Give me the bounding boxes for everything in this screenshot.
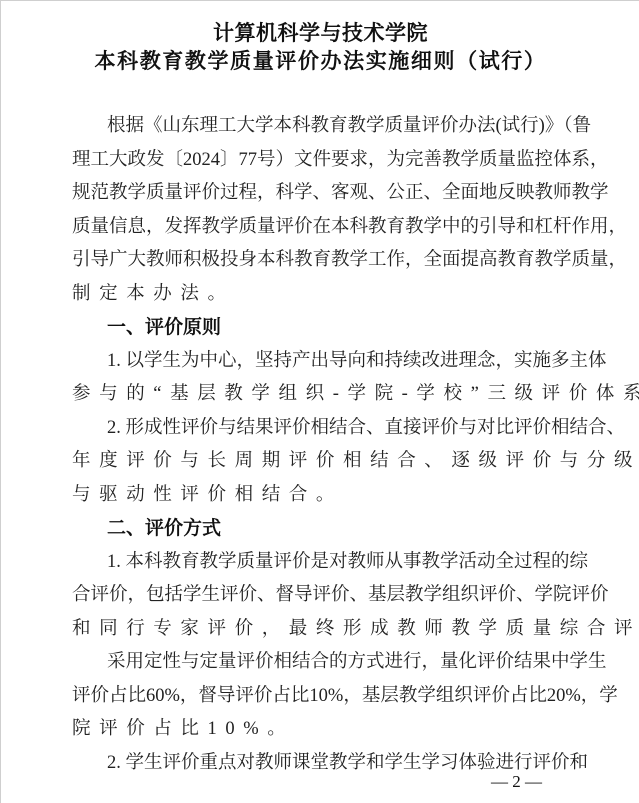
document-page: 计算机科学与技术学院 本科教育教学质量评价办法实施细则（试行） 根据《山东理工大… <box>0 0 639 803</box>
paragraph-line: 与驱动性评价相结合。 <box>72 483 343 507</box>
title-college: 计算机科学与技术学院 <box>1 17 639 47</box>
title-document: 本科教育教学质量评价办法实施细则（试行） <box>1 45 639 75</box>
paragraph-line: 1. 以学生为中心，坚持产出导向和持续改进理念，实施多主体 <box>107 349 566 373</box>
section-heading: 一、评价原则 <box>107 315 221 339</box>
paragraph-line: 质量信息，发挥教学质量评价在本科教育教学中的引导和杠杆作用， <box>72 215 566 239</box>
paragraph-line: 评价占比60%，督导评价占比10%，基层教学组织评价占比20%，学 <box>72 684 566 708</box>
paragraph-line: 参与的“基层教学组织-学院-学校”三级评价体系。 <box>72 382 639 406</box>
paragraph-line: 规范教学质量评价过程，科学、客观、公正、全面地反映教师教学 <box>72 181 566 205</box>
paragraph-line: 1. 本科教育教学质量评价是对教师从事教学活动全过程的综 <box>107 550 566 574</box>
paragraph-line: 和同行专家评价，最终形成教师教学质量综合评价。 <box>72 617 639 641</box>
page-number: — 2 — <box>491 771 542 793</box>
paragraph-line: 2. 形成性评价与结果评价相结合、直接评价与对比评价相结合、 <box>107 416 566 440</box>
paragraph-line: 采用定性与定量评价相结合的方式进行，量化评价结果中学生 <box>107 650 566 674</box>
paragraph-line: 年度评价与长周期评价相结合、逐级评价与分级评价、竞争性评价 <box>72 449 639 473</box>
paragraph-line: 合评价，包括学生评价、督导评价、基层教学组织评价、学院评价 <box>72 583 566 607</box>
paragraph-line: 制定本办法。 <box>72 282 235 306</box>
paragraph-line: 根据《山东理工大学本科教育教学质量评价办法(试行)》（鲁 <box>107 114 566 138</box>
section-heading: 二、评价方式 <box>107 516 221 540</box>
paragraph-line: 引导广大教师积极投身本科教育教学工作，全面提高教育教学质量， <box>72 248 566 272</box>
paragraph-line: 理工大政发〔2024〕77号）文件要求，为完善教学质量监控体系， <box>72 148 566 172</box>
paragraph-line: 院评价占比10%。 <box>72 717 294 741</box>
